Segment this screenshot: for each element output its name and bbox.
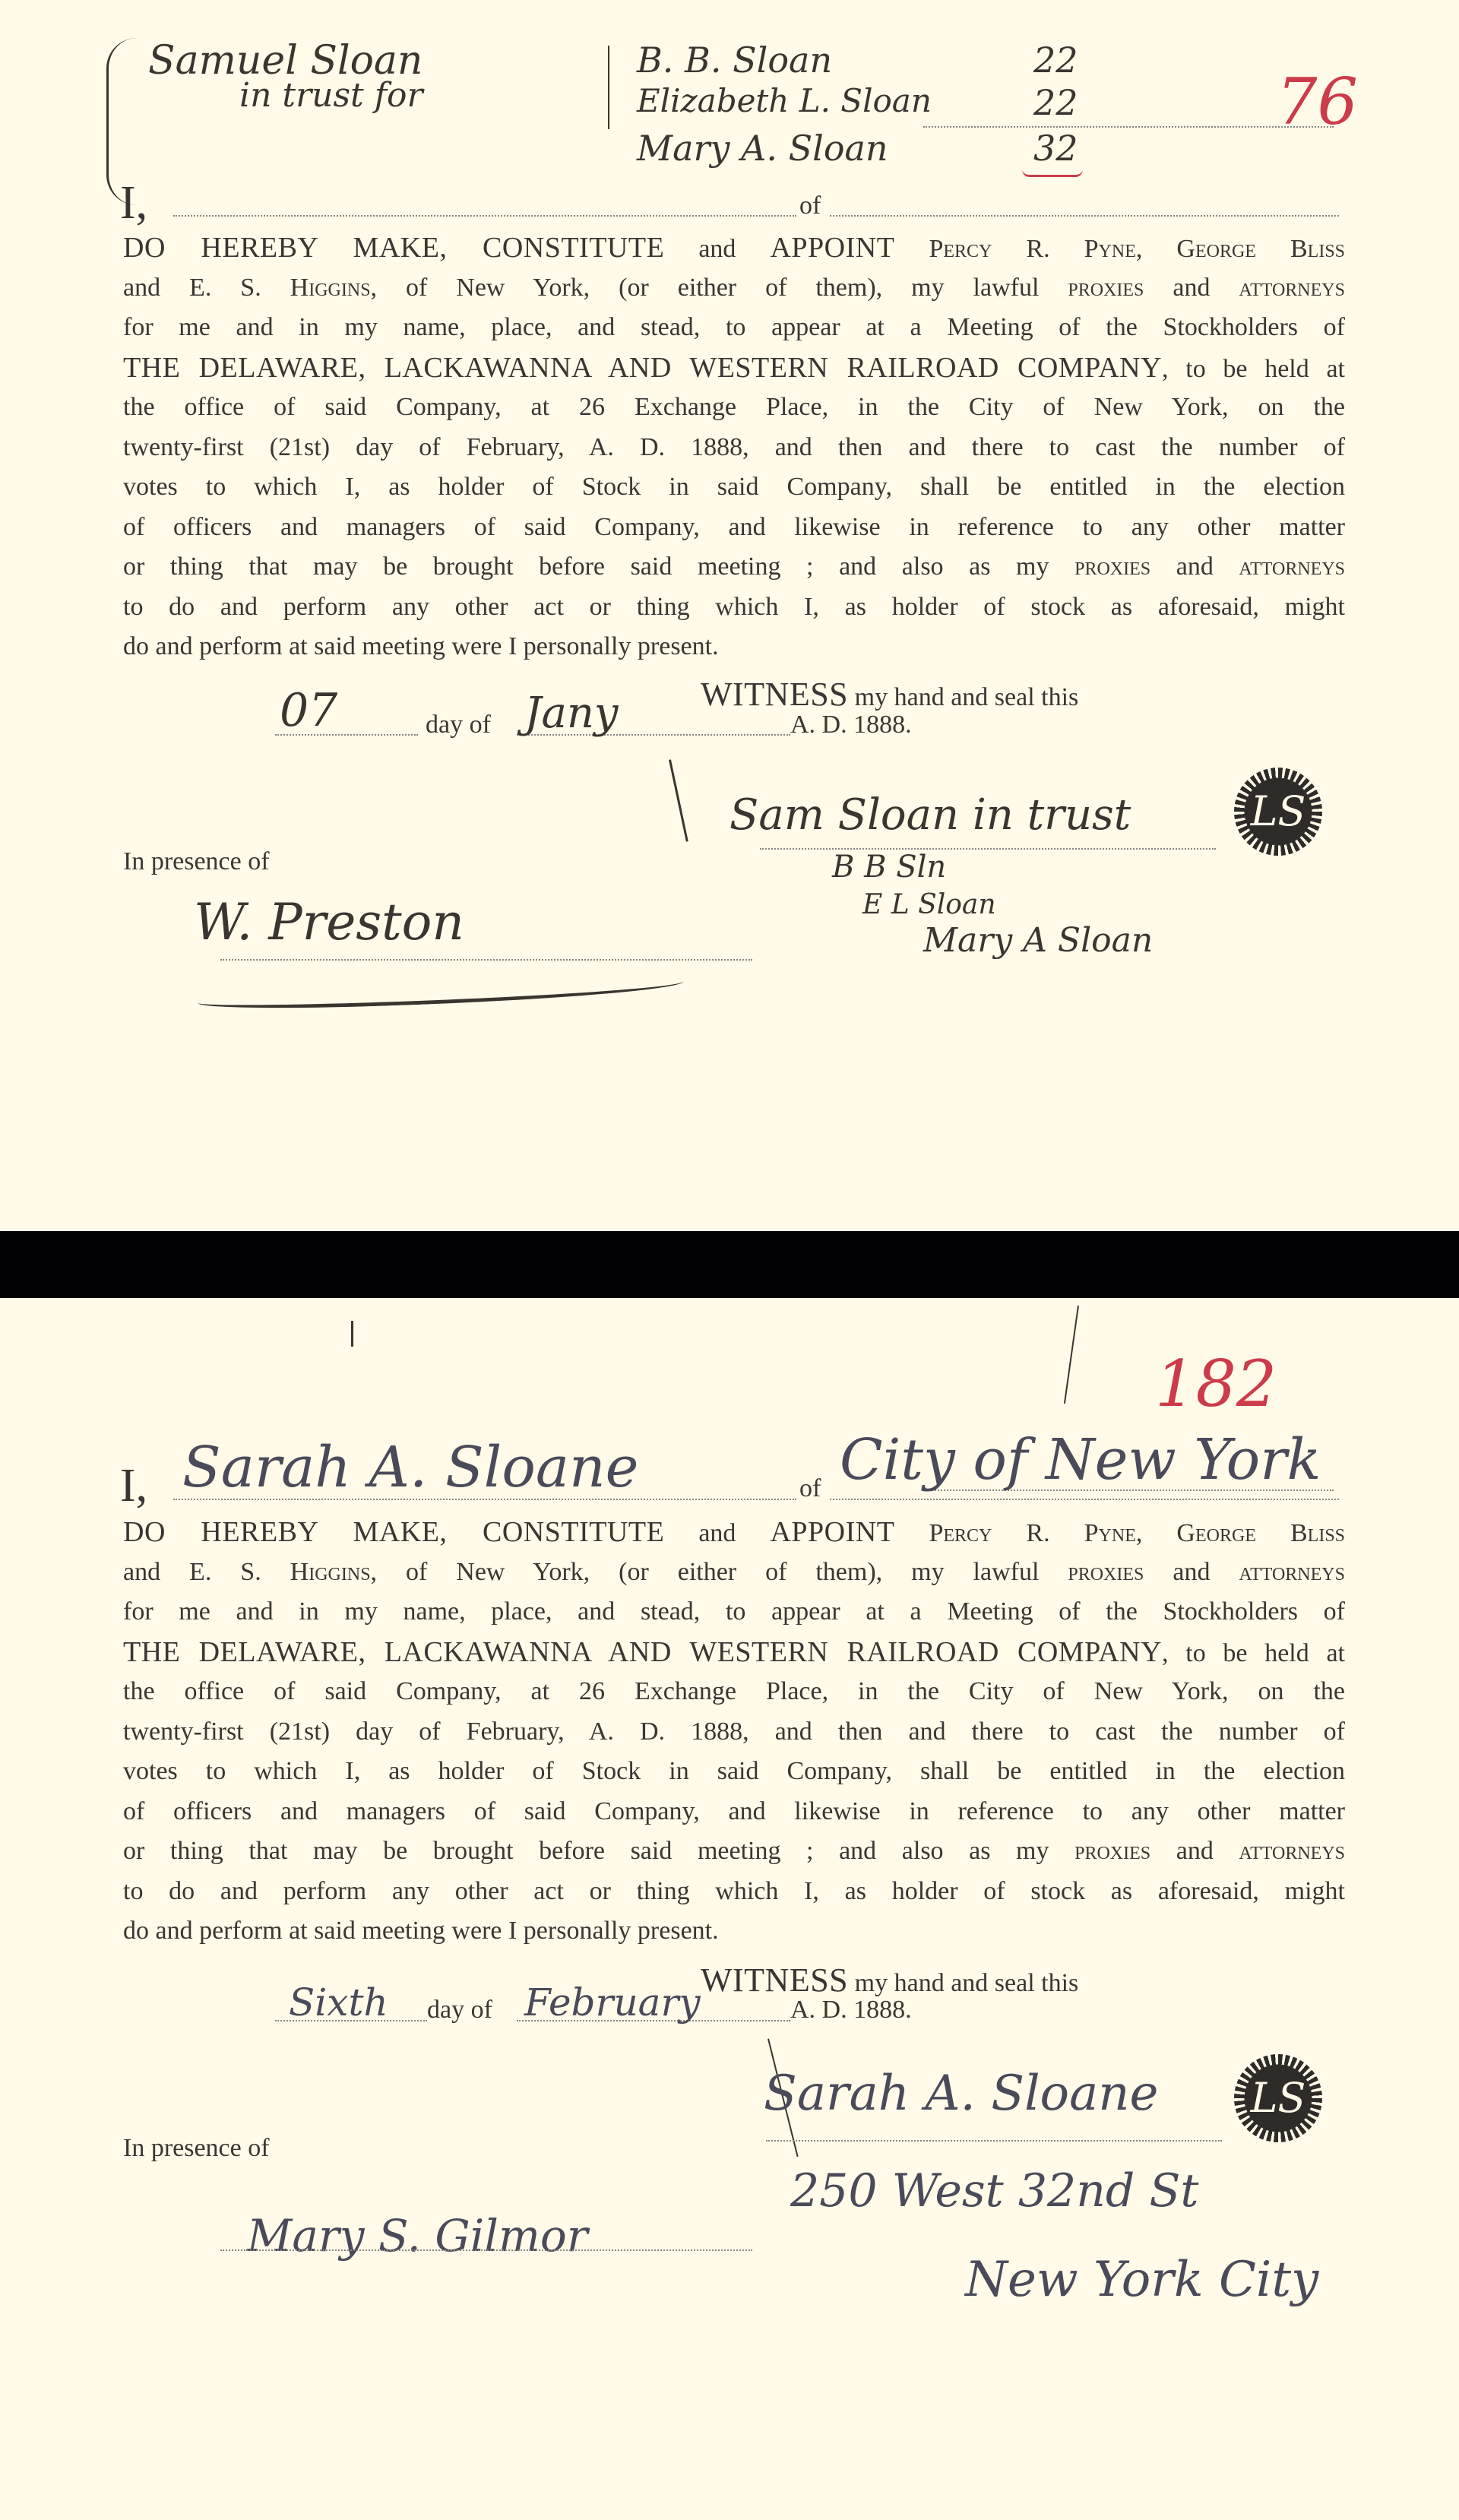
brace-icon	[608, 46, 620, 129]
flourish-stroke	[198, 972, 685, 1012]
grantor-prefix: I,	[120, 176, 147, 230]
beneficiary-name: Elizabeth L. Sloan	[637, 82, 932, 119]
seal-icon: LS	[1234, 768, 1322, 856]
body-line: THE DELAWARE, LACKAWANNA AND WESTERN RAI…	[123, 1632, 1345, 1673]
body-line: the office of said Company, at 26 Exchan…	[123, 388, 1345, 428]
month-value: Jany	[524, 689, 619, 738]
form-number-red: 182	[1155, 1347, 1277, 1421]
body-line: of officers and managers of said Company…	[123, 508, 1345, 548]
beneficiary-shares: 22	[1033, 82, 1078, 123]
body-line: DO HEREBY MAKE, CONSTITUTE and APPOINT P…	[123, 228, 1345, 268]
of-label: of	[799, 1474, 821, 1503]
red-underline	[1022, 167, 1083, 177]
seal-icon: LS	[1234, 2054, 1322, 2142]
body-line: twenty-first (21st) day of February, A. …	[123, 1712, 1345, 1752]
body-line: DO HEREBY MAKE, CONSTITUTE and APPOINT P…	[123, 1512, 1345, 1553]
co-signature: Mary A Sloan	[923, 921, 1153, 960]
body-line: for me and in my name, place, and stead,…	[123, 1592, 1345, 1632]
grantor-name-field[interactable]	[173, 215, 796, 217]
signer-address-line2: New York City	[965, 2252, 1318, 2308]
proxy-form-1: Samuel Sloan in trust for B. B. Sloan 22…	[0, 0, 1459, 1231]
in-presence-of-label: In presence of	[123, 2134, 270, 2163]
body-line: twenty-first (21st) day of February, A. …	[123, 428, 1345, 468]
beneficiary-shares: 22	[1033, 40, 1078, 81]
body-line: or thing that may be brought before said…	[123, 1831, 1345, 1872]
body-line: and E. S. Higgins, of New York, (or eith…	[123, 268, 1345, 309]
beneficiary-shares: 32	[1033, 128, 1078, 169]
day-of-label: day of	[427, 1996, 492, 2025]
witness-line: WITNESS my hand and seal this	[701, 675, 1078, 714]
of-label: of	[799, 192, 821, 220]
body-line: to do and perform any other act or thing…	[123, 587, 1345, 628]
body-line: THE DELAWARE, LACKAWANNA AND WESTERN RAI…	[123, 348, 1345, 388]
proxy-body-text: DO HEREBY MAKE, CONSTITUTE and APPOINT P…	[123, 228, 1345, 667]
body-line: do and perform at said meeting were I pe…	[123, 627, 1345, 667]
day-of-label: day of	[426, 711, 491, 739]
body-line: do and perform at said meeting were I pe…	[123, 1911, 1345, 1952]
beneficiary-name: B. B. Sloan	[637, 40, 832, 81]
principal-signature: Sarah A. Sloane	[764, 2066, 1158, 2122]
body-line: to do and perform any other act or thing…	[123, 1872, 1345, 1912]
grantor-name-value: Sarah A. Sloane	[182, 1435, 638, 1500]
in-presence-of-label: In presence of	[123, 847, 270, 876]
body-line: or thing that may be brought before said…	[123, 547, 1345, 587]
beneficiary-name: Mary A. Sloan	[637, 128, 888, 169]
body-line: and E. S. Higgins, of New York, (or eith…	[123, 1553, 1345, 1593]
tick-mark	[351, 1321, 353, 1347]
grantor-place-field[interactable]	[830, 1499, 1339, 1500]
witness-signature: W. Preston	[194, 893, 464, 951]
pen-stroke	[1064, 1306, 1079, 1404]
year-label: A. D. 1888.	[790, 1996, 912, 2025]
witness-signature-field[interactable]	[220, 959, 752, 961]
proxy-body-text: DO HEREBY MAKE, CONSTITUTE and APPOINT P…	[123, 1512, 1345, 1952]
witness-signature: Mary S. Gilmor	[247, 2210, 588, 2262]
grantor-place-value: City of New York	[840, 1427, 1321, 1493]
grantor-place-field[interactable]	[830, 215, 1339, 217]
separator-band	[0, 1231, 1459, 1298]
pen-stroke	[669, 759, 688, 841]
grantor-prefix: I,	[120, 1459, 147, 1513]
year-label: A. D. 1888.	[790, 711, 912, 739]
co-signature: E L Sloan	[862, 889, 996, 920]
body-line: votes to which I, as holder of Stock in …	[123, 1752, 1345, 1792]
body-line: the office of said Company, at 26 Exchan…	[123, 1672, 1345, 1712]
principal-signature: Sam Sloan in trust	[729, 790, 1131, 840]
day-value: Sixth	[289, 1980, 388, 2025]
witness-signature-field[interactable]	[220, 2249, 752, 2251]
number-field-line	[923, 126, 1334, 128]
body-line: for me and in my name, place, and stead,…	[123, 308, 1345, 348]
proxy-form-2: 182 I, Sarah A. Sloane of City of New Yo…	[0, 1298, 1459, 2520]
signer-address-line1: 250 West 32nd St	[790, 2164, 1199, 2218]
total-shares-red: 76	[1277, 65, 1358, 139]
co-signature: B B Sln	[832, 850, 946, 885]
signature-field[interactable]	[766, 2140, 1222, 2142]
day-value: 07	[280, 684, 337, 737]
body-line: votes to which I, as holder of Stock in …	[123, 467, 1345, 508]
month-value: February	[524, 1980, 701, 2025]
signature-field[interactable]	[760, 848, 1216, 850]
in-trust-for-note: in trust for	[239, 76, 423, 115]
witness-line: WITNESS my hand and seal this	[701, 1961, 1078, 1999]
body-line: of officers and managers of said Company…	[123, 1792, 1345, 1832]
